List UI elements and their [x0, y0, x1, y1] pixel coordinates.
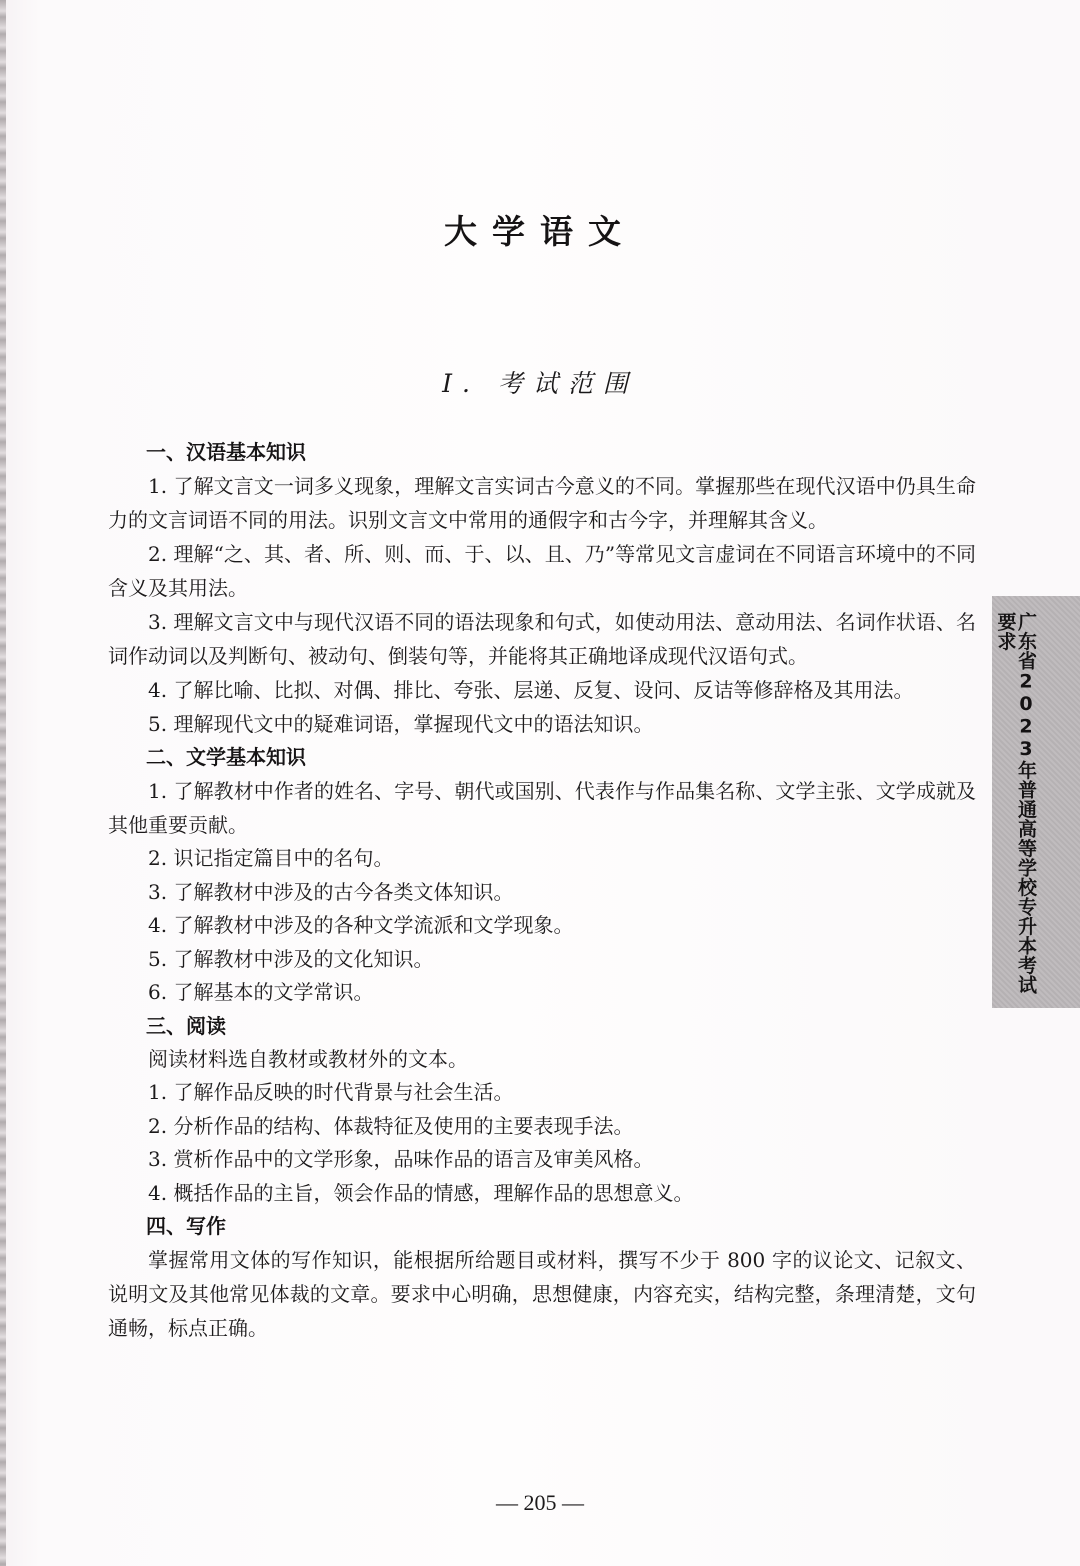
- section-intro: 阅读材料选自教材或教材外的文本。: [108, 1043, 976, 1077]
- list-item: 5. 了解教材中涉及的文化知识。: [108, 943, 976, 977]
- section-heading-reading: 三、阅读: [108, 1010, 976, 1043]
- paragraph: 4. 了解比喻、比拟、对偶、排比、夸张、层递、反复、设问、反诘等修辞格及其用法。: [108, 673, 976, 707]
- section-heading-chinese-basics: 一、汉语基本知识: [108, 436, 976, 469]
- document-page: 大学语文 Ⅰ. 考试范围 一、汉语基本知识 1. 了解文言文一词多义现象，理解文…: [0, 0, 1080, 1566]
- section-title: Ⅰ. 考试范围: [0, 364, 1080, 400]
- paragraph: 1. 了解文言文一词多义现象，理解文言实词古今意义的不同。掌握那些在现代汉语中仍…: [108, 469, 976, 537]
- side-tab-label: 广东省2023年普通高等学校专升本考试要求: [1006, 612, 1036, 1008]
- section-heading-literature-basics: 二、文学基本知识: [108, 741, 976, 774]
- list-item: 1. 了解作品反映的时代背景与社会生活。: [108, 1076, 976, 1110]
- list-item: 2. 分析作品的结构、体裁特征及使用的主要表现手法。: [108, 1110, 976, 1144]
- list-item: 2. 识记指定篇目中的名句。: [108, 842, 976, 876]
- page-number: — 205 —: [0, 1490, 1080, 1516]
- side-tab: 广东省2023年普通高等学校专升本考试要求: [992, 596, 1080, 1008]
- page-title: 大学语文: [0, 206, 1080, 253]
- list-item: 4. 了解教材中涉及的各种文学流派和文学现象。: [108, 909, 976, 943]
- list-item: 3. 了解教材中涉及的古今各类文体知识。: [108, 876, 976, 910]
- section-heading-writing: 四、写作: [108, 1210, 976, 1243]
- list-item: 3. 赏析作品中的文学形象，品味作品的语言及审美风格。: [108, 1143, 976, 1177]
- list-item: 6. 了解基本的文学常识。: [108, 976, 976, 1010]
- paragraph: 3. 理解文言文中与现代汉语不同的语法现象和句式，如使动用法、意动用法、名词作状…: [108, 605, 976, 673]
- paragraph: 5. 理解现代文中的疑难词语，掌握现代文中的语法知识。: [108, 707, 976, 741]
- list-item: 4. 概括作品的主旨，领会作品的情感，理解作品的思想意义。: [108, 1177, 976, 1211]
- paragraph: 掌握常用文体的写作知识，能根据所给题目或材料，撰写不少于 800 字的议论文、记…: [108, 1243, 976, 1345]
- content-body: 一、汉语基本知识 1. 了解文言文一词多义现象，理解文言实词古今意义的不同。掌握…: [108, 436, 976, 1345]
- paragraph: 2. 理解“之、其、者、所、则、而、于、以、且、乃”等常见文言虚词在不同语言环境…: [108, 537, 976, 605]
- paragraph: 1. 了解教材中作者的姓名、字号、朝代或国别、代表作与作品集名称、文学主张、文学…: [108, 774, 976, 842]
